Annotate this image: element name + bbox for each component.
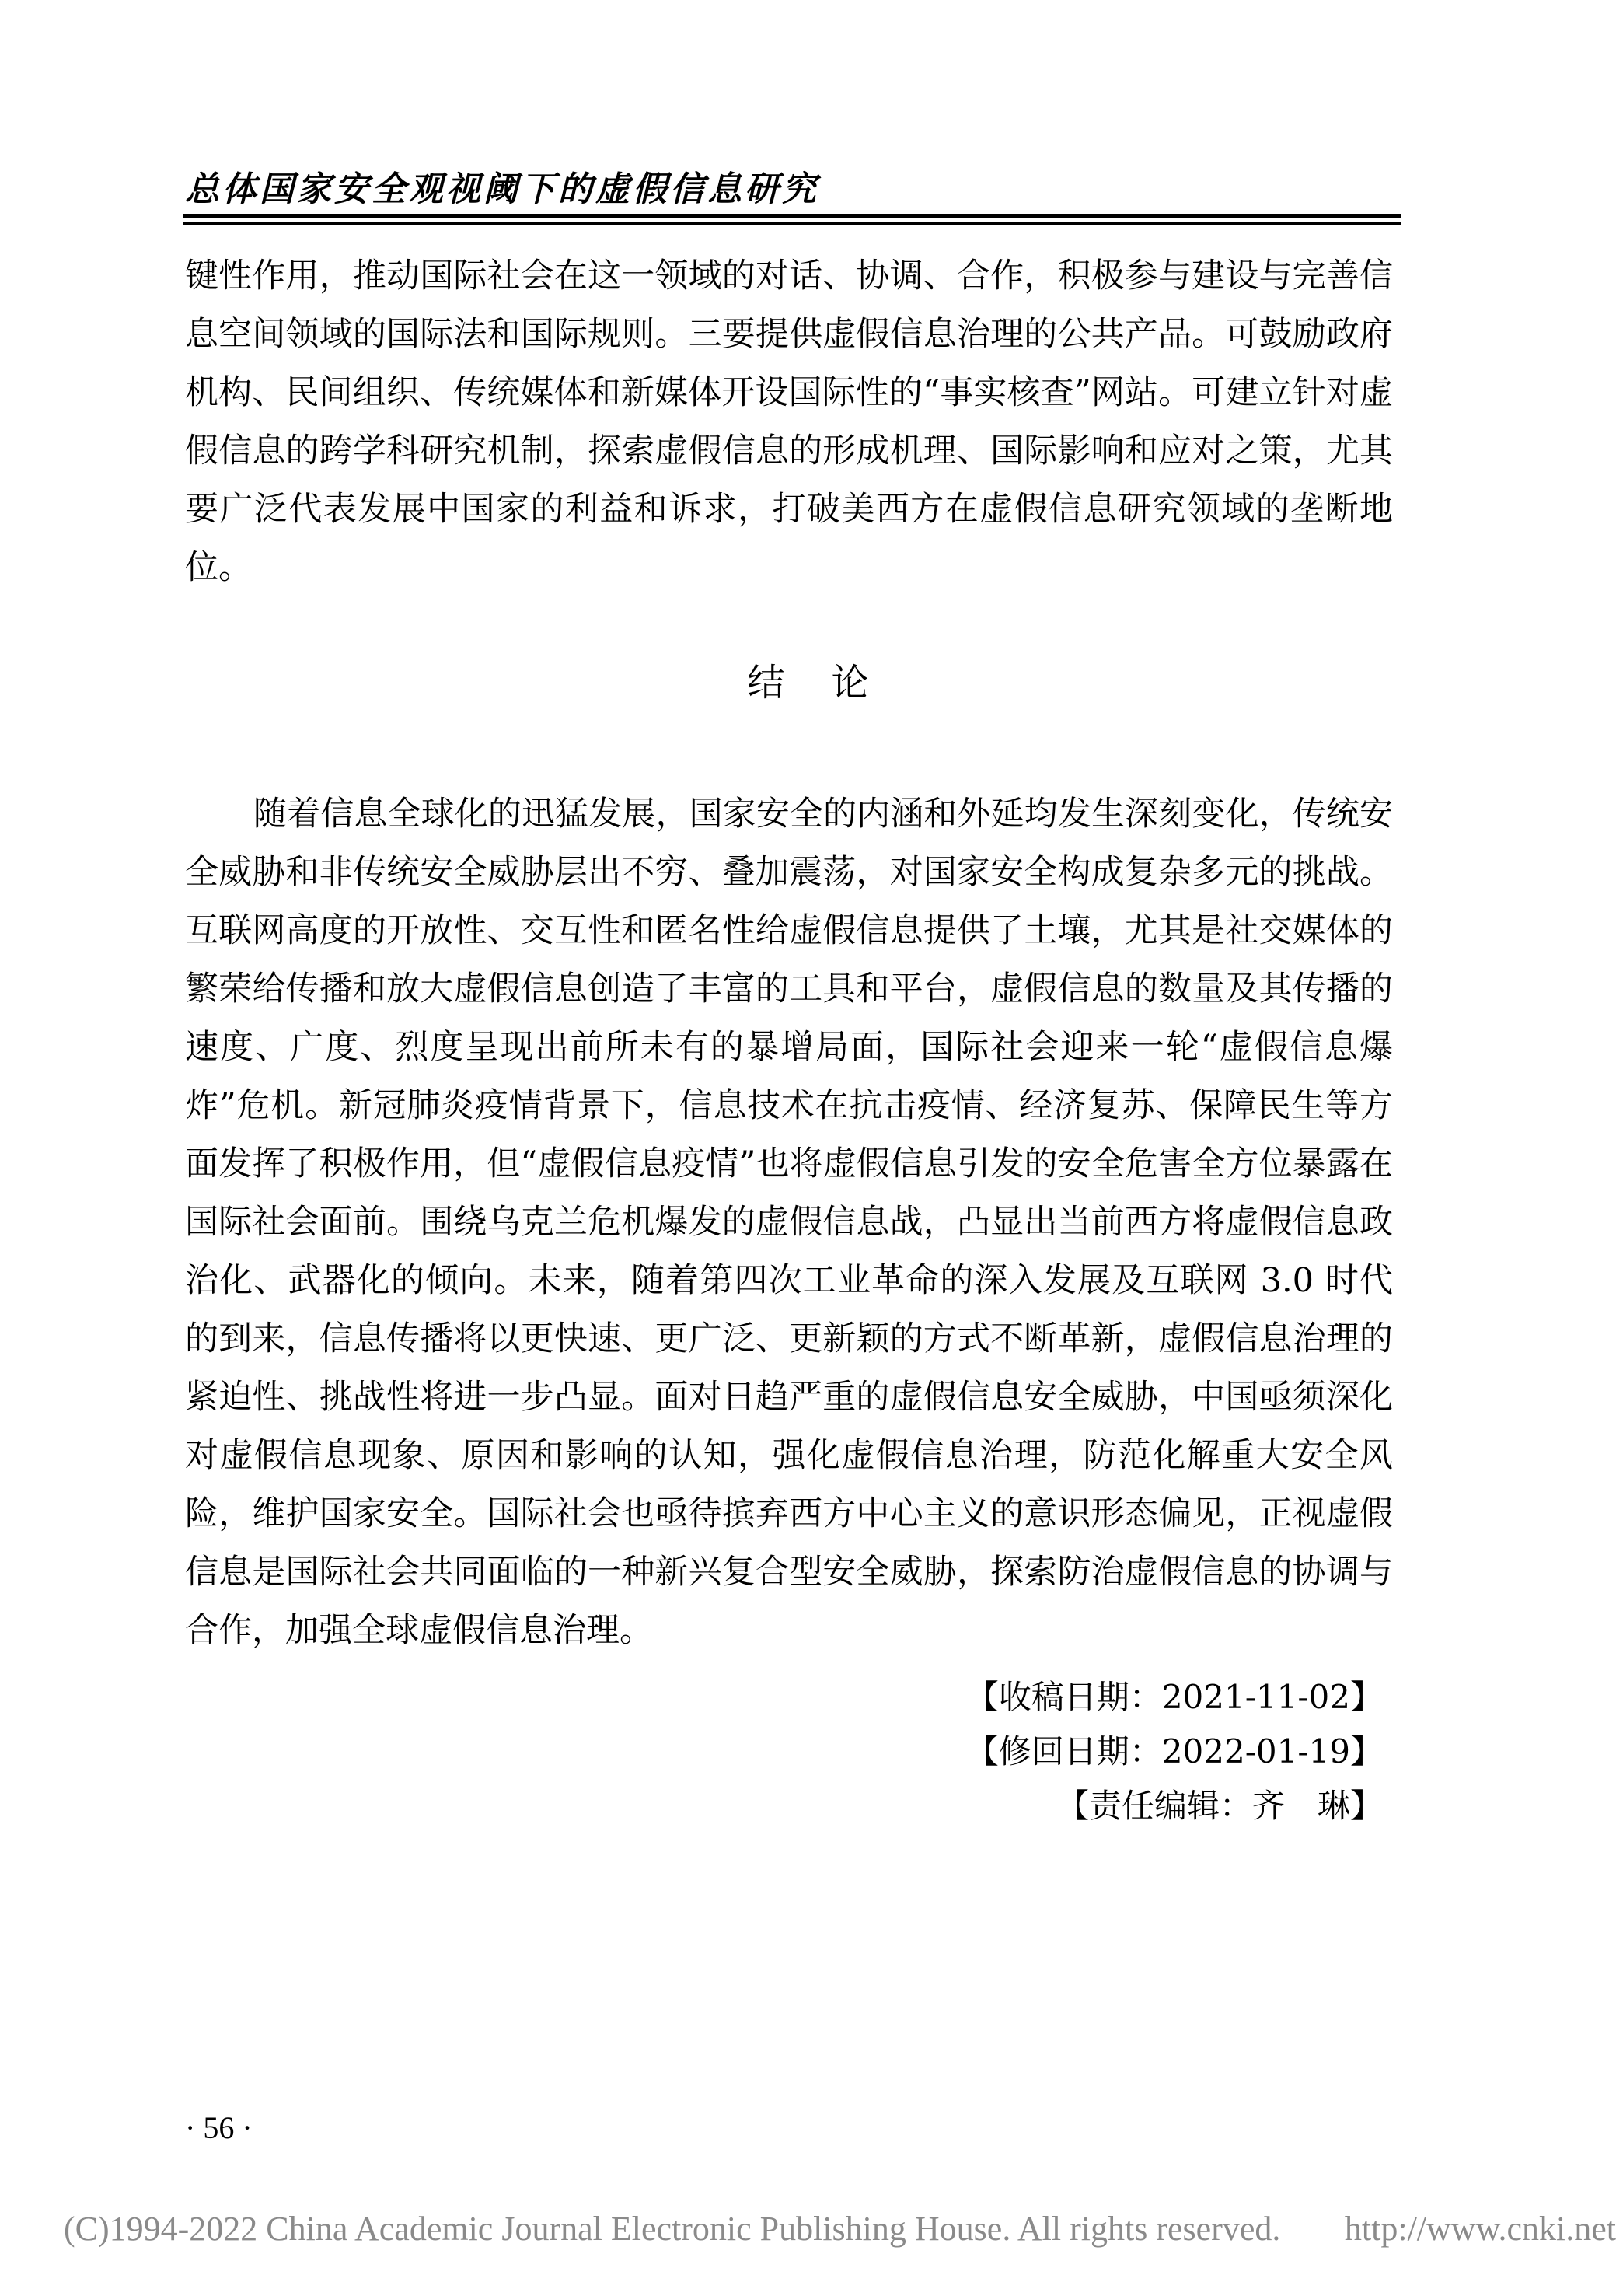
footer-url[interactable]: http://www.cnki.net (1345, 2210, 1616, 2249)
article-meta: 【收稿日期：2021-11-02】 【修回日期：2022-01-19】 【责任编… (966, 1670, 1383, 1833)
copyright-footer: (C)1994-2022 China Academic Journal Elec… (64, 2210, 1616, 2249)
body-paragraph-continued: 键性作用，推动国际社会在这一领域的对话、协调、合作，积极参与建设与完善信息空间领… (185, 247, 1393, 597)
header-rule-thin (183, 222, 1401, 225)
conclusion-paragraph: 随着信息全球化的迅猛发展，国家安全的内涵和外延均发生深刻变化，传统安全威胁和非传… (185, 785, 1393, 1660)
responsible-editor: 【责任编辑：齐 琳】 (966, 1779, 1383, 1833)
running-title: 总体国家安全观视阈下的虚假信息研究 (185, 169, 819, 210)
received-date: 【收稿日期：2021-11-02】 (966, 1670, 1383, 1725)
revised-date: 【修回日期：2022-01-19】 (966, 1725, 1383, 1779)
section-heading: 结论 (0, 659, 1616, 706)
copyright-text: (C)1994-2022 China Academic Journal Elec… (64, 2210, 1280, 2249)
header-rule-thick (183, 214, 1401, 218)
page-number: · 56 · (185, 2109, 253, 2147)
